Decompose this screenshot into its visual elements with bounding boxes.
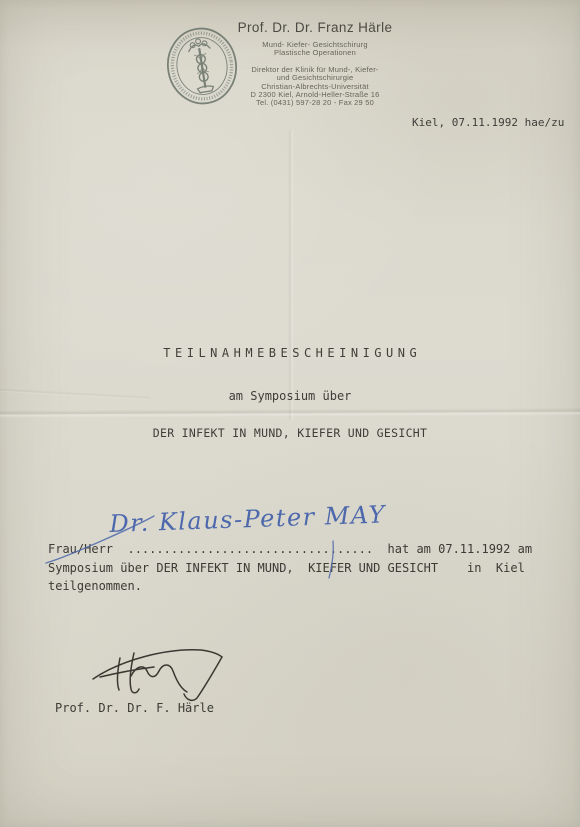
vertical-fold-crease (288, 130, 294, 420)
certificate-title: TEILNAHMEBESCHEINIGUNG (0, 346, 580, 360)
frau-strikethrough-stroke (42, 512, 158, 568)
body-line: teilgenommen. (48, 577, 532, 596)
scanned-letter-page: Prof. Dr. Dr. Franz Härle Mund- Kiefer- … (0, 0, 580, 827)
horizontal-fold-crease (0, 408, 580, 419)
certificate-event-title: DER INFEKT IN MUND, KIEFER UND GESICHT (0, 426, 580, 440)
letterhead-address-line: Tel. (0431) 597-28 20 - Fax 29 50 (200, 99, 430, 107)
letterhead-role-line: Plastische Operationen (200, 49, 430, 57)
handwritten-signature-icon (76, 636, 238, 708)
letterhead: Prof. Dr. Dr. Franz Härle Mund- Kiefer- … (200, 20, 430, 108)
handwriting-descender-stroke (324, 538, 340, 582)
certificate-subtitle: am Symposium über (0, 389, 580, 403)
letterhead-name: Prof. Dr. Dr. Franz Härle (200, 20, 430, 35)
dateline: Kiel, 07.11.1992 hae/zu (412, 116, 564, 129)
signer-typed-name: Prof. Dr. Dr. F. Härle (55, 701, 214, 715)
